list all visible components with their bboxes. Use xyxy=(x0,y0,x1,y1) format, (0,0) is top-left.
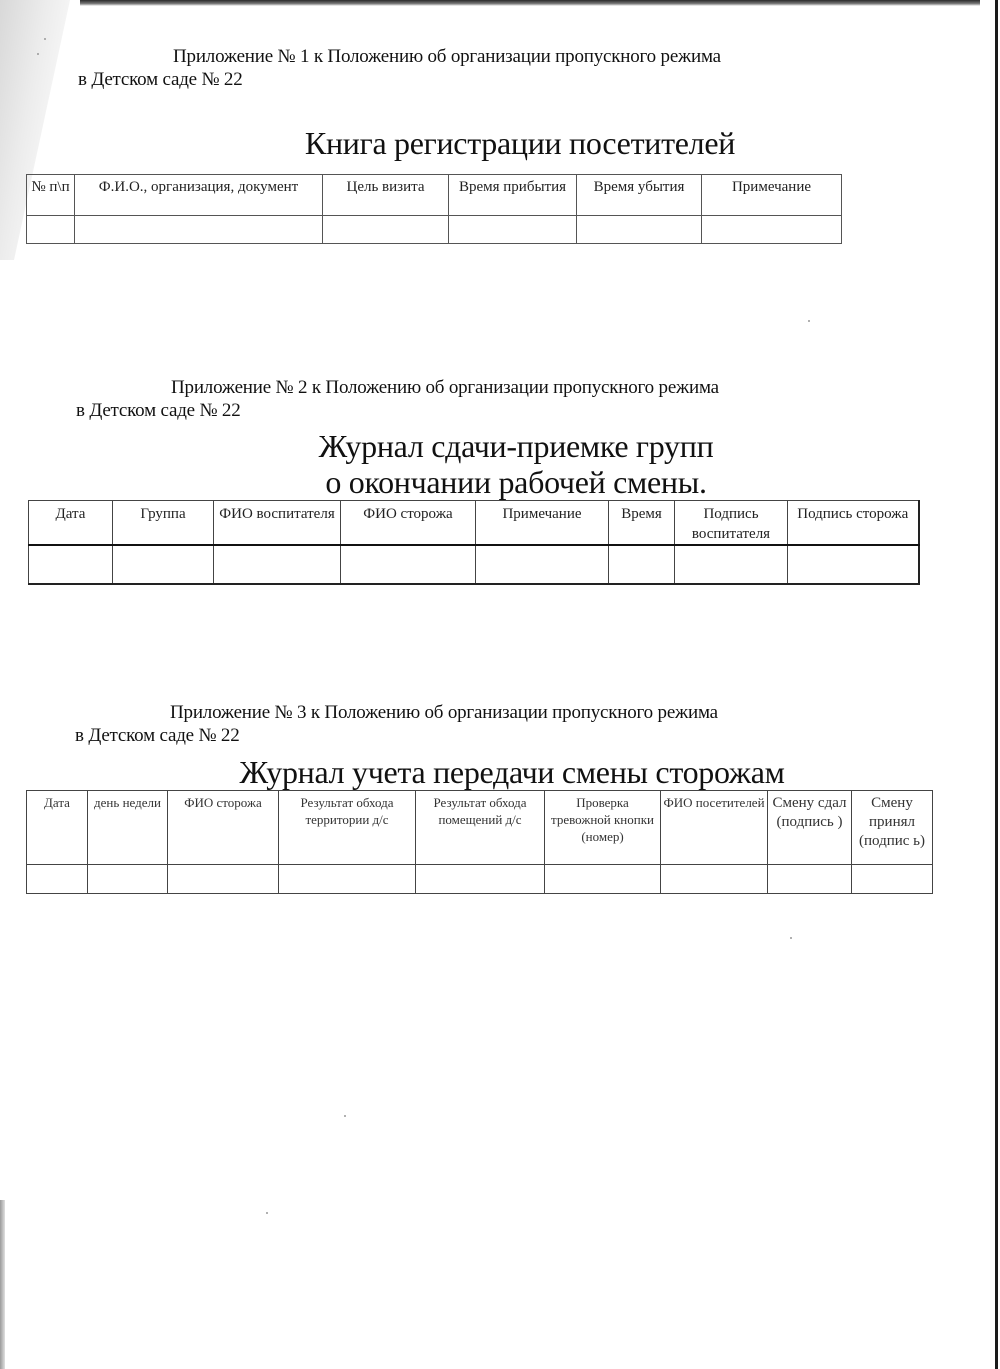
column-header: Дата xyxy=(29,501,113,546)
table-cell[interactable] xyxy=(449,216,577,244)
column-header: день недели xyxy=(88,791,168,865)
appendix-1-line1: Приложение № 1 к Положению об организаци… xyxy=(78,45,721,68)
table-header-row: Дата день недели ФИО сторожа Результат о… xyxy=(27,791,933,865)
appendix-1-line2: в Детском саде № 22 xyxy=(78,68,721,91)
column-header: ФИО сторожа xyxy=(168,791,279,865)
table-header-row: № п\п Ф.И.О., организация, документ Цель… xyxy=(27,175,842,216)
appendix-2-line1: Приложение № 2 к Положению об организаци… xyxy=(76,376,719,399)
column-header: Группа xyxy=(113,501,214,546)
table-cell[interactable] xyxy=(702,216,842,244)
appendix-1-header: Приложение № 1 к Положению об организаци… xyxy=(78,45,721,91)
column-header: Результат обхода территории д/с xyxy=(279,791,416,865)
table-cell[interactable] xyxy=(214,545,341,584)
column-header: Результат обхода помещений д/с xyxy=(416,791,545,865)
column-header: Время xyxy=(609,501,675,546)
appendix-3-header: Приложение № 3 к Положению об организаци… xyxy=(75,701,718,747)
column-header: Подпись сторожа xyxy=(788,501,919,546)
appendix-2-line2: в Детском саде № 22 xyxy=(76,399,719,422)
appendix-3-line1: Приложение № 3 к Положению об организаци… xyxy=(75,701,718,724)
column-header: Примечание xyxy=(476,501,609,546)
column-header: Время убытия xyxy=(577,175,702,216)
scan-speck xyxy=(808,320,810,322)
visitor-register-table: № п\п Ф.И.О., организация, документ Цель… xyxy=(26,174,842,244)
table-cell[interactable] xyxy=(609,545,675,584)
column-header: № п\п xyxy=(27,175,75,216)
column-header: Цель визита xyxy=(323,175,449,216)
column-header: Ф.И.О., организация, документ xyxy=(75,175,323,216)
table-cell[interactable] xyxy=(279,865,416,894)
scan-speck xyxy=(44,38,46,40)
table-row xyxy=(29,545,919,584)
scan-edge-right xyxy=(995,0,998,1369)
table-row xyxy=(27,865,933,894)
scan-edge-left xyxy=(0,1200,5,1369)
table-cell[interactable] xyxy=(88,865,168,894)
group-handover-title-line1: Журнал сдачи-приемке групп xyxy=(0,428,1000,464)
column-header: Проверка тревожной кнопки (номер) xyxy=(545,791,661,865)
table-cell[interactable] xyxy=(341,545,476,584)
table-cell[interactable] xyxy=(75,216,323,244)
column-header: ФИО сторожа xyxy=(341,501,476,546)
table-cell[interactable] xyxy=(27,865,88,894)
table-cell[interactable] xyxy=(416,865,545,894)
table-cell[interactable] xyxy=(852,865,933,894)
table-cell[interactable] xyxy=(675,545,788,584)
scan-speck xyxy=(266,1212,268,1214)
table-header-row: Дата Группа ФИО воспитателя ФИО сторожа … xyxy=(29,501,919,546)
scan-edge-top xyxy=(80,0,980,6)
guard-shift-table: Дата день недели ФИО сторожа Результат о… xyxy=(26,790,933,894)
table-cell[interactable] xyxy=(661,865,768,894)
table-cell[interactable] xyxy=(476,545,609,584)
column-header: Дата xyxy=(27,791,88,865)
column-header: ФИО воспитателя xyxy=(214,501,341,546)
appendix-2-header: Приложение № 2 к Положению об организаци… xyxy=(76,376,719,422)
table-cell[interactable] xyxy=(113,545,214,584)
column-header: Время прибытия xyxy=(449,175,577,216)
table-cell[interactable] xyxy=(788,545,919,584)
column-header: ФИО посетителей xyxy=(661,791,768,865)
table-cell[interactable] xyxy=(323,216,449,244)
table-cell[interactable] xyxy=(768,865,852,894)
column-header: Смену сдал (подпись ) xyxy=(768,791,852,865)
visitor-register-title: Книга регистрации посетителей xyxy=(0,125,1000,161)
table-cell[interactable] xyxy=(168,865,279,894)
table-cell[interactable] xyxy=(545,865,661,894)
column-header: Смену принял (подпис ь) xyxy=(852,791,933,865)
group-handover-title-line2: о окончании рабочей смены. xyxy=(0,464,1000,500)
scan-speck xyxy=(790,937,792,939)
scan-speck xyxy=(344,1115,346,1117)
column-header: Подпись воспитателя xyxy=(675,501,788,546)
table-cell[interactable] xyxy=(27,216,75,244)
table-row xyxy=(27,216,842,244)
guard-shift-title: Журнал учета передачи смены сторожам xyxy=(0,754,1000,790)
scan-speck xyxy=(37,53,39,55)
column-header: Примечание xyxy=(702,175,842,216)
appendix-3-line2: в Детском саде № 22 xyxy=(75,724,718,747)
group-handover-table: Дата Группа ФИО воспитателя ФИО сторожа … xyxy=(28,500,920,585)
table-cell[interactable] xyxy=(577,216,702,244)
table-cell[interactable] xyxy=(29,545,113,584)
